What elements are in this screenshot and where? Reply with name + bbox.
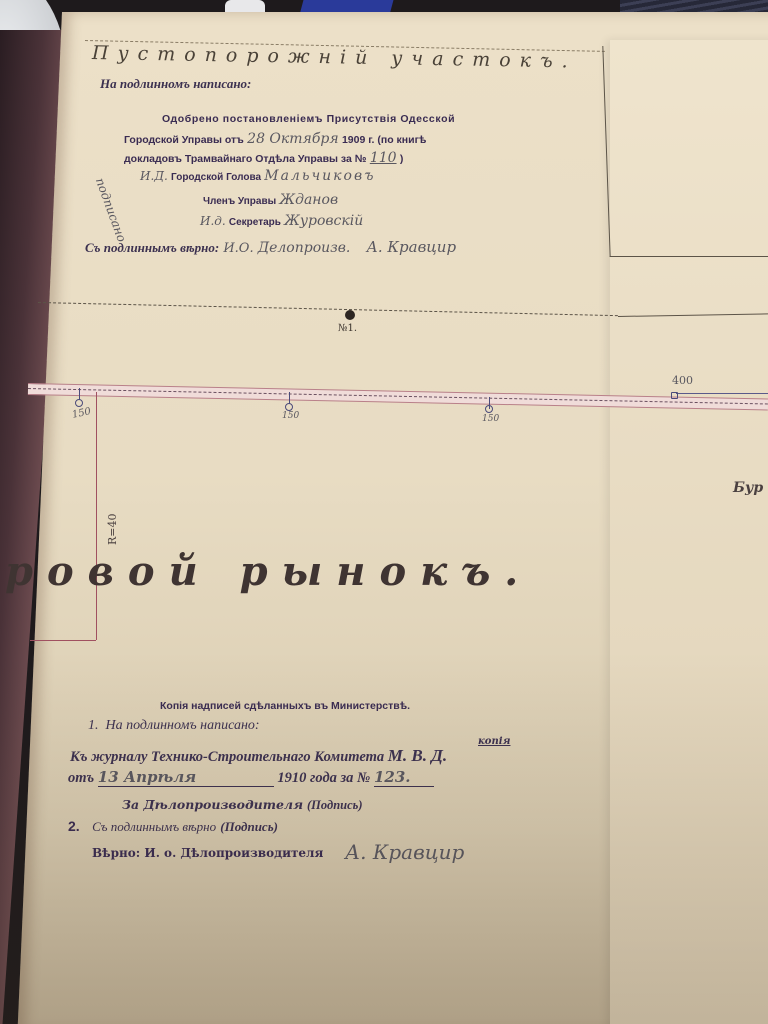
clerk-line: За Дѣлопроизводителя (Подпись) bbox=[122, 797, 363, 813]
item-2-text: Съ подлиннымъ вѣрно bbox=[92, 819, 216, 834]
boundary-line bbox=[618, 313, 768, 317]
radius-label: R=40 bbox=[106, 514, 119, 546]
mayor-label: Городской Голова bbox=[171, 172, 261, 183]
member-label: Членъ Управы bbox=[203, 196, 276, 207]
certified-prefix: И.О. bbox=[223, 241, 253, 256]
member-signature: Жданов bbox=[279, 192, 338, 208]
approval-line-2: Городской Управы отъ 28 Октября 1909 г. … bbox=[124, 131, 426, 147]
ministry-item-2: 2. Съ подлиннымъ вѣрно (Подпись) bbox=[68, 818, 278, 835]
secretary-prefix: И.д. bbox=[200, 214, 226, 228]
market-boundary bbox=[96, 392, 97, 640]
date-year: 1910 года за № bbox=[277, 770, 370, 786]
tram-track bbox=[28, 383, 768, 410]
approval-number: 110 bbox=[370, 150, 397, 166]
verified-signature: А. Кравцир bbox=[345, 840, 464, 864]
approval-line-3: докладовъ Трамвайнаго Отдѣла Управы за №… bbox=[124, 150, 403, 166]
marker-label-right: 400 bbox=[672, 374, 693, 387]
copy-note: копія bbox=[478, 736, 510, 747]
mayor-signature: Мальчиковъ bbox=[264, 168, 375, 184]
journal-line: Къ журналу Технико-Строительнаго Комитет… bbox=[70, 746, 447, 766]
survey-point bbox=[345, 310, 355, 320]
approval-line-3-prefix: докладовъ Трамвайнаго Отдѣла Управы за № bbox=[124, 153, 366, 165]
approval-line-1: Одобрено постановленіемъ Присутствія Оде… bbox=[162, 113, 455, 125]
marker-label: 150 bbox=[282, 411, 299, 421]
date-line: отъ 13 Апрѣля 1910 года за № 123. bbox=[68, 768, 434, 787]
journal-text: Къ журналу Технико-Строительнаго Комитет… bbox=[70, 749, 384, 765]
track-branch bbox=[676, 393, 768, 394]
boundary-line bbox=[38, 302, 618, 316]
clerk-label: За Дѣлопроизводителя bbox=[122, 797, 303, 812]
mayor-prefix: И.Д. bbox=[140, 169, 168, 183]
right-fragment-label: Бур bbox=[733, 480, 763, 496]
ministry-abbr: М. В. Д. bbox=[388, 746, 447, 765]
plan-boundary bbox=[602, 46, 768, 257]
item-2-number: 2. bbox=[68, 818, 80, 834]
approval-date: 28 Октября bbox=[247, 131, 338, 147]
ministry-heading: Копія надписей сдѣланныхъ въ Министерств… bbox=[160, 700, 410, 712]
certified-label: Съ подлиннымъ вѣрно: bbox=[85, 240, 219, 255]
certified-signature-2: А. Кравцир bbox=[367, 238, 457, 256]
secretary-line: И.д. Секретарь Журовскій bbox=[200, 213, 363, 229]
plot-title: Пустопорожній участокъ. bbox=[92, 42, 577, 72]
item-2-sign: (Подпись) bbox=[220, 819, 278, 834]
clerk-sign: (Подпись) bbox=[307, 798, 363, 812]
pole-marker-icon bbox=[285, 403, 293, 411]
marker-label: 150 bbox=[482, 414, 499, 424]
pole-marker-icon bbox=[75, 399, 83, 407]
secretary-signature: Журовскій bbox=[284, 213, 363, 229]
member-line: Членъ Управы Жданов bbox=[203, 192, 338, 208]
pole-marker-icon bbox=[671, 392, 678, 399]
pole-marker-icon bbox=[485, 405, 493, 413]
market-label: ровой рынокъ. bbox=[5, 548, 532, 595]
date-prefix: отъ bbox=[68, 770, 94, 786]
certified-line: Съ подлиннымъ вѣрно: И.О. Делопроизв. А.… bbox=[85, 238, 456, 256]
item-1-number: 1. bbox=[88, 718, 99, 733]
mayor-line: И.Д. Городской Голова Мальчиковъ bbox=[140, 168, 375, 184]
approval-year: 1909 г. (по книгѣ bbox=[342, 134, 426, 146]
journal-number: 123. bbox=[374, 768, 434, 787]
item-1-text: На подлинномъ написано: bbox=[106, 718, 260, 733]
closing-paren: ) bbox=[400, 153, 404, 165]
date-handwritten: 13 Апрѣля bbox=[98, 768, 274, 787]
secretary-label: Секретарь bbox=[229, 217, 281, 228]
approval-heading: На подлинномъ написано: bbox=[100, 76, 251, 92]
margin-note: подписано bbox=[93, 176, 129, 244]
certified-signature-1: Делопроизв. bbox=[258, 240, 351, 256]
survey-point-label: №1. bbox=[338, 323, 357, 334]
document-content: Пустопорожній участокъ. На подлинномъ на… bbox=[0, 0, 768, 1024]
market-boundary bbox=[30, 640, 96, 641]
ministry-item-1: 1. На подлинномъ написано: bbox=[88, 718, 260, 734]
approval-line-2-prefix: Городской Управы отъ bbox=[124, 134, 244, 146]
verified-label: Вѣрно: И. о. Дѣлопроизводителя bbox=[92, 846, 323, 860]
marker-label: 150 bbox=[71, 406, 92, 421]
